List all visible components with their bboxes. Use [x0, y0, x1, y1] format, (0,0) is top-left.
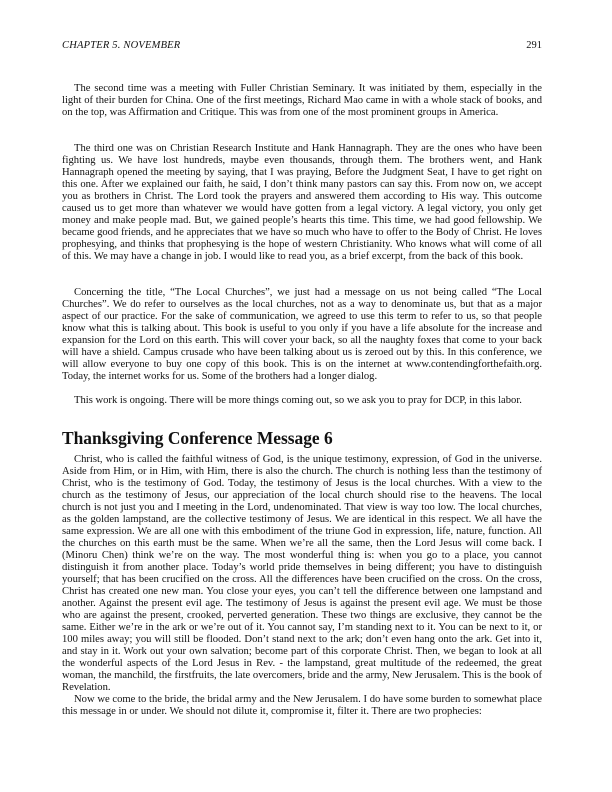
- page-number: 291: [526, 40, 542, 51]
- paragraph-bride-bridal-army: Now we come to the bride, the bridal arm…: [62, 694, 542, 718]
- paragraph-christian-research-institute: The third one was on Christian Research …: [62, 143, 542, 263]
- paragraph-fuller-seminary: The second time was a meeting with Fulle…: [62, 83, 542, 119]
- paragraph-testimony-of-jesus: Christ, who is called the faithful witne…: [62, 454, 542, 694]
- chapter-title: CHAPTER 5. NOVEMBER: [62, 40, 180, 51]
- running-head: CHAPTER 5. NOVEMBER 291: [62, 40, 542, 54]
- paragraph-ongoing-work: This work is ongoing. There will be more…: [62, 395, 542, 407]
- paragraph-local-churches-title: Concerning the title, “The Local Churche…: [62, 287, 542, 383]
- section-heading: Thanksgiving Conference Message 6: [62, 428, 542, 448]
